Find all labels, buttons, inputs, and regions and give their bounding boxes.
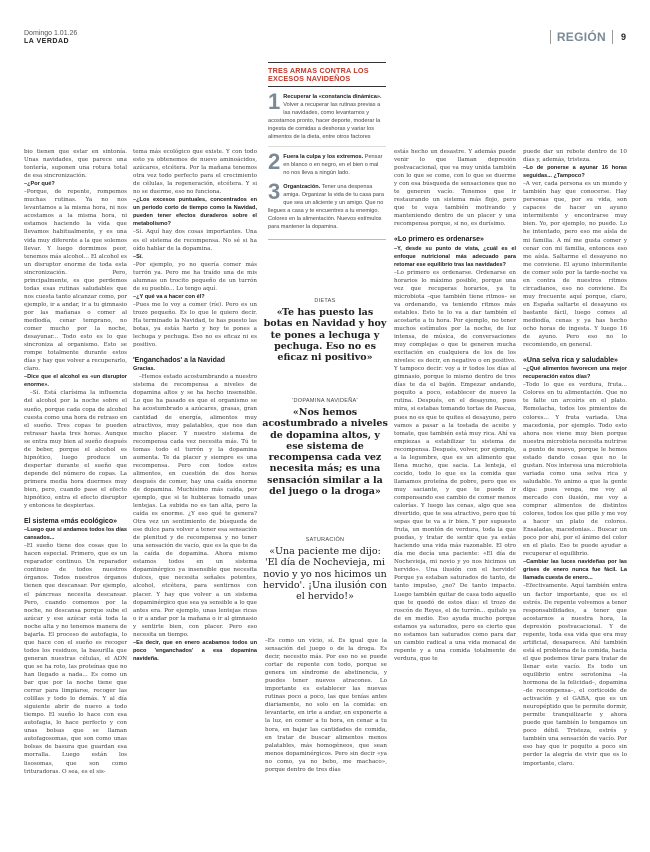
paragraph: –Lo primero es ordenarse. Ordenarse en h… [394, 269, 516, 663]
question: –Es decir, que en enero acabamos todos u… [133, 639, 257, 663]
article-column-3: –Es como un vicio, sí. Es igual que la s… [265, 637, 387, 774]
divider [268, 62, 386, 63]
item-number: 1 [268, 93, 280, 111]
paragraph: –Sí. Está clarísima la influencia del al… [24, 389, 127, 510]
paragraph: –Es como un vicio, sí. Es igual que la s… [265, 637, 387, 774]
sidebar-box: TRES ARMAS CONTRA LOS EXCESOS NAVIDEÑOS … [268, 62, 386, 240]
paragraph: –Efectivamente. Aquí también entra un fa… [523, 582, 627, 767]
paragraph: –Sí. Aquí hay dos cosas importantes. Una… [133, 228, 257, 252]
paragraph: estás hecho un desastre. Y además puede … [394, 148, 516, 228]
quote-label: SATURACIÓN [262, 537, 388, 543]
quote-text: «Una paciente me dijo: 'El día de Nochev… [262, 546, 388, 602]
paragraph: puede dar un rebote dentro de 10 días y,… [523, 148, 627, 164]
sidebar-item: 2 Fuera la culpa y los extremos. Pensar … [268, 147, 386, 177]
question: –¿Los excesos puntuales, concentrados en… [133, 196, 257, 228]
item-lead: Fuera la culpa y los extremos. [283, 154, 363, 160]
masthead-right: REGIÓN 9 [550, 30, 626, 44]
section-name: REGIÓN [551, 30, 612, 44]
quote-text: «Te has puesto las botas en Navidad y ho… [262, 307, 388, 363]
sidebar-item: 3 Organización. Tener una despensa amiga… [268, 177, 386, 231]
page-number: 9 [613, 32, 626, 42]
masthead-left: Domingo 1.01.26 LA VERDAD [24, 30, 77, 46]
question: –¿Y qué va a hacer con él? [133, 293, 257, 301]
item-number: 2 [268, 153, 280, 171]
item-lead: Organización. [283, 184, 320, 190]
quote-label: DIETAS [262, 298, 388, 304]
divider [268, 239, 386, 240]
newspaper-name: LA VERDAD [24, 38, 77, 46]
question: –Cambiar las luces navideñas por las gri… [523, 558, 627, 582]
pull-quote: SATURACIÓN «Una paciente me dijo: 'El dí… [262, 537, 388, 602]
paragraph: –Pues me lo voy a comer (ríe). Pero es u… [133, 301, 257, 349]
question: –Lo de ponerse a ayunar 16 horas seguida… [523, 164, 627, 180]
article-column-5: puede dar un rebote dentro de 10 días y,… [523, 148, 627, 768]
subheading: «Una selva rica y saludable» [523, 357, 627, 365]
subheading: El sistema «más ecológico» [24, 518, 127, 526]
question: –¿Qué alimentos favorecen una mejor recu… [523, 365, 627, 381]
paragraph: tema más ecológico que existe. Y con tod… [133, 148, 257, 196]
item-text: Tener una despensa amiga. Organizar la v… [268, 184, 384, 230]
question: –Luego que si andamos todos los días can… [24, 526, 127, 542]
question: –Dice que el alcohol es «un disruptor en… [24, 373, 127, 389]
question: –¿Por qué? [24, 180, 127, 188]
paragraph: –Por ejemplo, yo no quería comer más tur… [133, 261, 257, 293]
article-column-4: estás hecho un desastre. Y además puede … [394, 148, 516, 663]
paragraph: bio tienen que estar en sintonía. Unas n… [24, 148, 127, 180]
quote-label: 'DOPAMINA NAVIDEÑA' [262, 398, 388, 404]
pull-quote: DIETAS «Te has puesto las botas en Navid… [262, 298, 388, 363]
question: Gracias. [133, 365, 257, 373]
paragraph: –Hemos estado acostumbrando a nuestro si… [133, 373, 257, 639]
paragraph: –Todo lo que es verdura, fruta... Colore… [523, 381, 627, 558]
publication-date: Domingo 1.01.26 [24, 30, 77, 38]
article-column-2: tema más ecológico que existe. Y con tod… [133, 148, 257, 663]
question: –Y, desde su punto de vista, ¿cuál es el… [394, 245, 516, 269]
subheading: 'Enganchados' a la Navidad [133, 357, 257, 365]
item-text: Volver a recuperar las rutinas previas a… [268, 102, 380, 140]
item-lead: Recuperar la «constancia dinámica». [283, 94, 381, 100]
article-column-1: bio tienen que estar en sintonía. Unas n… [24, 148, 127, 776]
quote-text: «Nos hemos acostumbrado a niveles de dop… [262, 407, 388, 497]
item-number: 3 [268, 183, 280, 201]
paragraph: –Porque, de repente, rompemos muchas rut… [24, 188, 127, 373]
sidebar-title: TRES ARMAS CONTRA LOS EXCESOS NAVIDEÑOS [268, 67, 386, 83]
paragraph: –A ver, cada persona es un mundo y tambi… [523, 180, 627, 349]
sidebar-item: 1 Recuperar la «constancia dinámica». Vo… [268, 87, 386, 141]
subheading: «Lo primero es ordenarse» [394, 236, 516, 244]
pull-quote: 'DOPAMINA NAVIDEÑA' «Nos hemos acostumbr… [262, 398, 388, 497]
paragraph: –El sueño tiene dos cosas que lo hacen e… [24, 542, 127, 775]
question: –Sí. [133, 253, 257, 261]
